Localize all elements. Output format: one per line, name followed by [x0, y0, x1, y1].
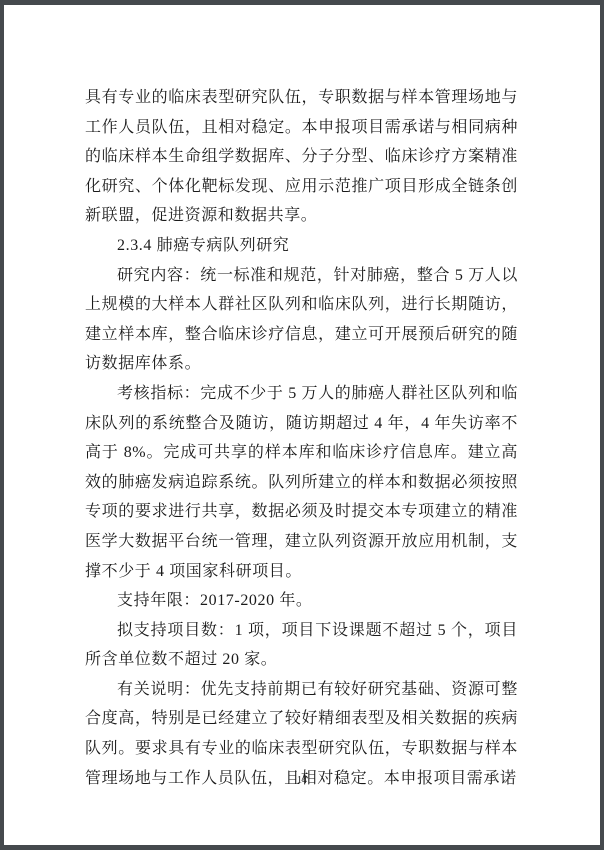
document-text: 具有专业的临床表型研究队伍，专职数据与样本管理场地与工作人员队伍，且相对稳定。本… — [85, 83, 518, 793]
page-number: 14 — [4, 775, 600, 786]
paragraph: 支持年限：2017-2020 年。 — [85, 586, 518, 616]
document-page: 具有专业的临床表型研究队伍，专职数据与样本管理场地与工作人员队伍，且相对稳定。本… — [4, 5, 600, 845]
paragraph: 拟支持项目数：1 项，项目下设课题不超过 5 个，项目所含单位数不超过 20 家… — [85, 616, 518, 675]
paragraph: 考核指标：完成不少于 5 万人的肺癌人群社区队列和临床队列的系统整合及随访，随访… — [85, 379, 518, 586]
paragraph: 研究内容：统一标准和规范，针对肺癌，整合 5 万人以上规模的大样本人群社区队列和… — [85, 261, 518, 379]
document-viewer: 具有专业的临床表型研究队伍，专职数据与样本管理场地与工作人员队伍，且相对稳定。本… — [0, 0, 604, 850]
section-heading: 2.3.4 肺癌专病队列研究 — [85, 231, 518, 261]
paragraph: 具有专业的临床表型研究队伍，专职数据与样本管理场地与工作人员队伍，且相对稳定。本… — [85, 83, 518, 231]
